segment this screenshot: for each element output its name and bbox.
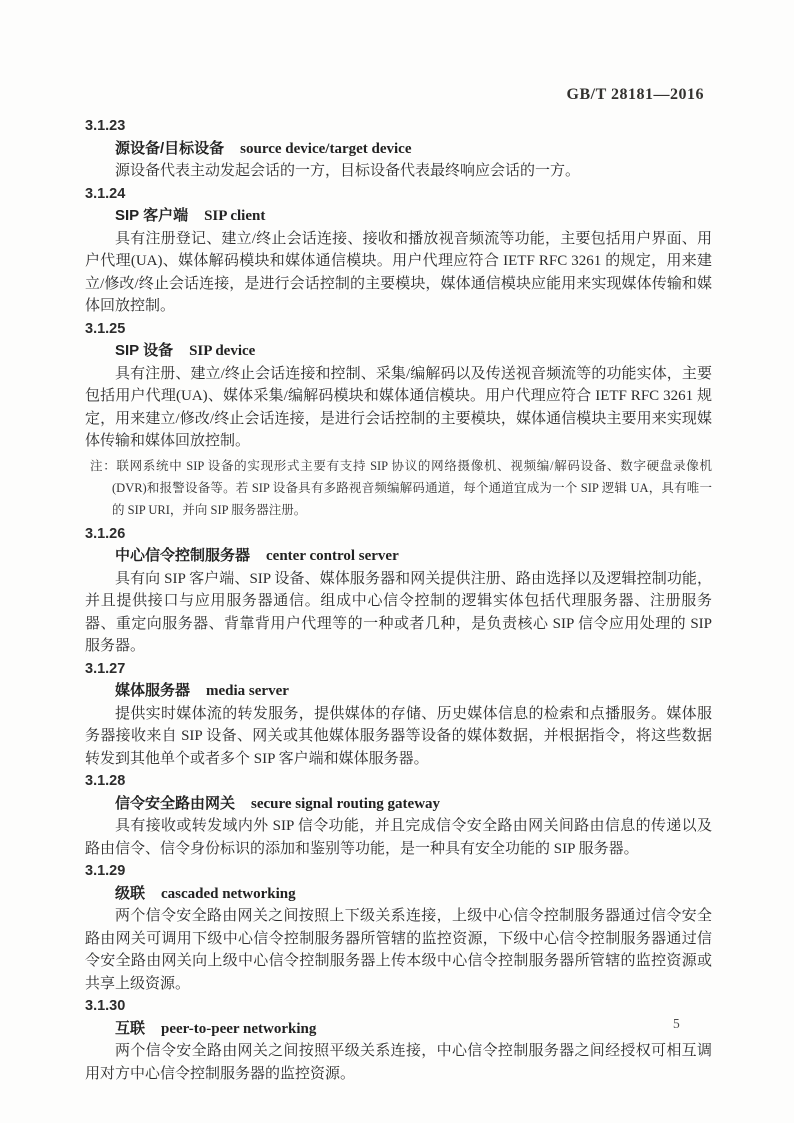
term-chinese: 级联 <box>115 885 145 902</box>
section: 3.1.23 源设备/目标设备source device/target devi… <box>85 115 712 183</box>
section: 3.1.26 中心信令控制服务器center control server 具有… <box>85 523 712 658</box>
section-number: 3.1.26 <box>85 523 712 546</box>
section: 3.1.25 SIP 设备SIP device 具有注册、建立/终止会话连接和控… <box>85 318 712 521</box>
term-chinese: SIP 设备 <box>115 342 173 359</box>
definition-paragraph: 具有接收或转发域内外 SIP 信令功能，并且完成信令安全路由网关间路由信息的传递… <box>85 815 712 860</box>
section: 3.1.27 媒体服务器media server 提供实时媒体流的转发服务，提供… <box>85 658 712 771</box>
section-number: 3.1.27 <box>85 658 712 681</box>
document-body: 3.1.23 源设备/目标设备source device/target devi… <box>85 115 712 1085</box>
section-number: 3.1.29 <box>85 860 712 883</box>
document-page: GB/T 28181—2016 3.1.23 源设备/目标设备source de… <box>0 0 794 1123</box>
term-english: center control server <box>266 548 399 564</box>
definition-paragraph: 具有向 SIP 客户端、SIP 设备、媒体服务器和网关提供注册、路由选择以及逻辑… <box>85 568 712 658</box>
document-header-standard-number: GB/T 28181—2016 <box>567 86 704 104</box>
term-chinese: 信令安全路由网关 <box>115 795 235 812</box>
term-english: cascaded networking <box>161 886 296 902</box>
term-english: secure signal routing gateway <box>251 796 440 812</box>
section-number: 3.1.28 <box>85 770 712 793</box>
term-line: 中心信令控制服务器center control server <box>85 545 712 568</box>
term-line: 信令安全路由网关secure signal routing gateway <box>85 793 712 816</box>
term-english: peer-to-peer networking <box>161 1021 316 1037</box>
definition-paragraph: 具有注册登记、建立/终止会话连接、接收和播放视音频流等功能，主要包括用户界面、用… <box>85 228 712 318</box>
page-number: 5 <box>673 1016 680 1032</box>
section-number: 3.1.24 <box>85 183 712 206</box>
note-paragraph: 注：联网系统中 SIP 设备的实现形式主要有支持 SIP 协议的网络摄像机、视频… <box>90 455 712 521</box>
term-english: media server <box>206 683 289 699</box>
term-line: 源设备/目标设备source device/target device <box>85 138 712 161</box>
section: 3.1.30 互联peer-to-peer networking 两个信令安全路… <box>85 995 712 1085</box>
term-chinese: 中心信令控制服务器 <box>115 547 250 564</box>
term-line: 级联cascaded networking <box>85 883 712 906</box>
section-number: 3.1.25 <box>85 318 712 341</box>
section: 3.1.29 级联cascaded networking 两个信令安全路由网关之… <box>85 860 712 995</box>
term-line: 互联peer-to-peer networking <box>85 1018 712 1041</box>
section: 3.1.28 信令安全路由网关secure signal routing gat… <box>85 770 712 860</box>
definition-paragraph: 提供实时媒体流的转发服务，提供媒体的存储、历史媒体信息的检索和点播服务。媒体服务… <box>85 703 712 771</box>
section-number: 3.1.23 <box>85 115 712 138</box>
term-line: SIP 客户端SIP client <box>85 205 712 228</box>
term-chinese: SIP 客户端 <box>115 207 188 224</box>
term-chinese: 互联 <box>115 1020 145 1037</box>
term-english: SIP device <box>189 343 255 359</box>
section: 3.1.24 SIP 客户端SIP client 具有注册登记、建立/终止会话连… <box>85 183 712 318</box>
definition-paragraph: 源设备代表主动发起会话的一方，目标设备代表最终响应会话的一方。 <box>85 160 712 183</box>
term-english: SIP client <box>204 208 265 224</box>
term-english: source device/target device <box>240 141 411 157</box>
definition-paragraph: 两个信令安全路由网关之间按照平级关系连接，中心信令控制服务器之间经授权可相互调用… <box>85 1040 712 1085</box>
definition-paragraph: 两个信令安全路由网关之间按照上下级关系连接，上级中心信令控制服务器通过信令安全路… <box>85 905 712 995</box>
term-line: 媒体服务器media server <box>85 680 712 703</box>
definition-paragraph: 具有注册、建立/终止会话连接和控制、采集/编解码以及传送视音频流等的功能实体，主… <box>85 363 712 453</box>
term-line: SIP 设备SIP device <box>85 340 712 363</box>
term-chinese: 源设备/目标设备 <box>115 140 224 157</box>
term-chinese: 媒体服务器 <box>115 682 190 699</box>
section-number: 3.1.30 <box>85 995 712 1018</box>
